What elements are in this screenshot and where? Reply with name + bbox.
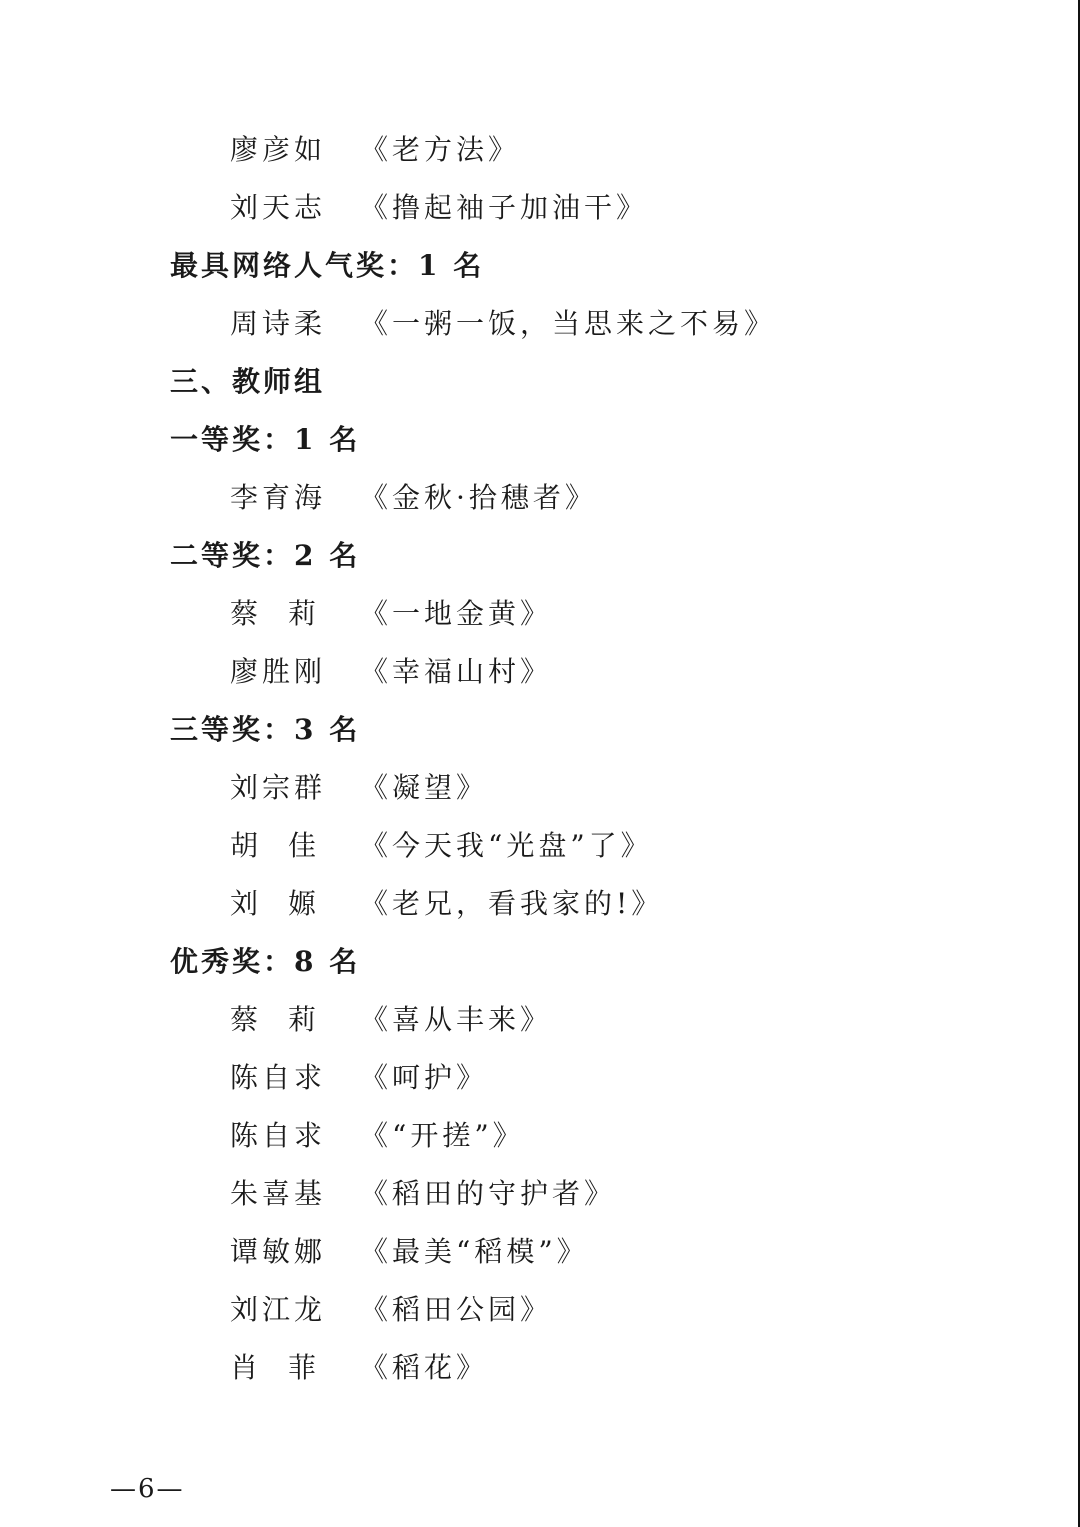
work-title: 《凝望》 bbox=[360, 768, 488, 808]
winner-name: 朱喜基 bbox=[230, 1174, 360, 1214]
award-entry: 陈自求 《呵护》 bbox=[230, 1058, 488, 1098]
winner-name: 肖菲 bbox=[230, 1348, 360, 1388]
award-entry: 谭敏娜 《最美“稻模”》 bbox=[230, 1232, 589, 1272]
award-entry: 蔡莉 《喜从丰来》 bbox=[230, 1000, 552, 1040]
work-title: 《呵护》 bbox=[360, 1058, 488, 1098]
award-entry: 胡佳 《今天我“光盘”了》 bbox=[230, 826, 653, 866]
work-title: 《幸福山村》 bbox=[360, 652, 552, 692]
work-title: 《喜从丰来》 bbox=[360, 1000, 552, 1040]
winner-name: 廖胜刚 bbox=[230, 652, 360, 692]
winner-name: 周诗柔 bbox=[230, 304, 360, 344]
award-entry: 刘嫄 《老兄，看我家的!》 bbox=[230, 884, 663, 924]
work-title: 《稻花》 bbox=[360, 1348, 488, 1388]
winner-name: 廖彦如 bbox=[230, 130, 360, 170]
award-entry: 陈自求 《“开搓”》 bbox=[230, 1116, 525, 1156]
winner-name: 刘天志 bbox=[230, 188, 360, 228]
work-title: 《老方法》 bbox=[360, 130, 520, 170]
award-entry: 廖胜刚 《幸福山村》 bbox=[230, 652, 552, 692]
winner-name: 陈自求 bbox=[230, 1116, 360, 1156]
award-entry: 肖菲 《稻花》 bbox=[230, 1348, 488, 1388]
page-number: —6— bbox=[110, 1474, 185, 1504]
winner-name: 胡佳 bbox=[230, 826, 360, 866]
winner-name: 李育海 bbox=[230, 478, 360, 518]
award-category-heading: 二等奖：2 名 bbox=[170, 536, 360, 576]
award-entry: 蔡莉 《一地金黄》 bbox=[230, 594, 552, 634]
award-category-heading: 三等奖：3 名 bbox=[170, 710, 360, 750]
work-title: 《撸起袖子加油干》 bbox=[360, 188, 648, 228]
work-title: 《今天我“光盘”了》 bbox=[360, 826, 653, 866]
winner-name: 刘宗群 bbox=[230, 768, 360, 808]
winner-name: 陈自求 bbox=[230, 1058, 360, 1098]
winner-name: 刘江龙 bbox=[230, 1290, 360, 1330]
award-category-heading: 优秀奖：8 名 bbox=[170, 942, 360, 982]
winner-name: 刘嫄 bbox=[230, 884, 360, 924]
work-title: 《稻田的守护者》 bbox=[360, 1174, 616, 1214]
award-entry: 周诗柔 《一粥一饭，当思来之不易》 bbox=[230, 304, 776, 344]
award-entry: 刘江龙 《稻田公园》 bbox=[230, 1290, 552, 1330]
winner-name: 蔡莉 bbox=[230, 594, 360, 634]
work-title: 《老兄，看我家的!》 bbox=[360, 884, 663, 924]
work-title: 《一地金黄》 bbox=[360, 594, 552, 634]
award-entry: 朱喜基 《稻田的守护者》 bbox=[230, 1174, 616, 1214]
winner-name: 谭敏娜 bbox=[230, 1232, 360, 1272]
work-title: 《一粥一饭，当思来之不易》 bbox=[360, 304, 776, 344]
section-heading: 三、教师组 bbox=[170, 362, 325, 402]
award-entry: 廖彦如 《老方法》 bbox=[230, 130, 520, 170]
winner-name: 蔡莉 bbox=[230, 1000, 360, 1040]
award-entry: 李育海 《金秋·拾穗者》 bbox=[230, 478, 597, 518]
award-category-heading: 一等奖：1 名 bbox=[170, 420, 360, 460]
work-title: 《“开搓”》 bbox=[360, 1116, 525, 1156]
award-entry: 刘宗群 《凝望》 bbox=[230, 768, 488, 808]
award-category-heading: 最具网络人气奖：1 名 bbox=[170, 246, 484, 286]
work-title: 《稻田公园》 bbox=[360, 1290, 552, 1330]
work-title: 《最美“稻模”》 bbox=[360, 1232, 589, 1272]
work-title: 《金秋·拾穗者》 bbox=[360, 478, 597, 518]
award-entry: 刘天志 《撸起袖子加油干》 bbox=[230, 188, 648, 228]
